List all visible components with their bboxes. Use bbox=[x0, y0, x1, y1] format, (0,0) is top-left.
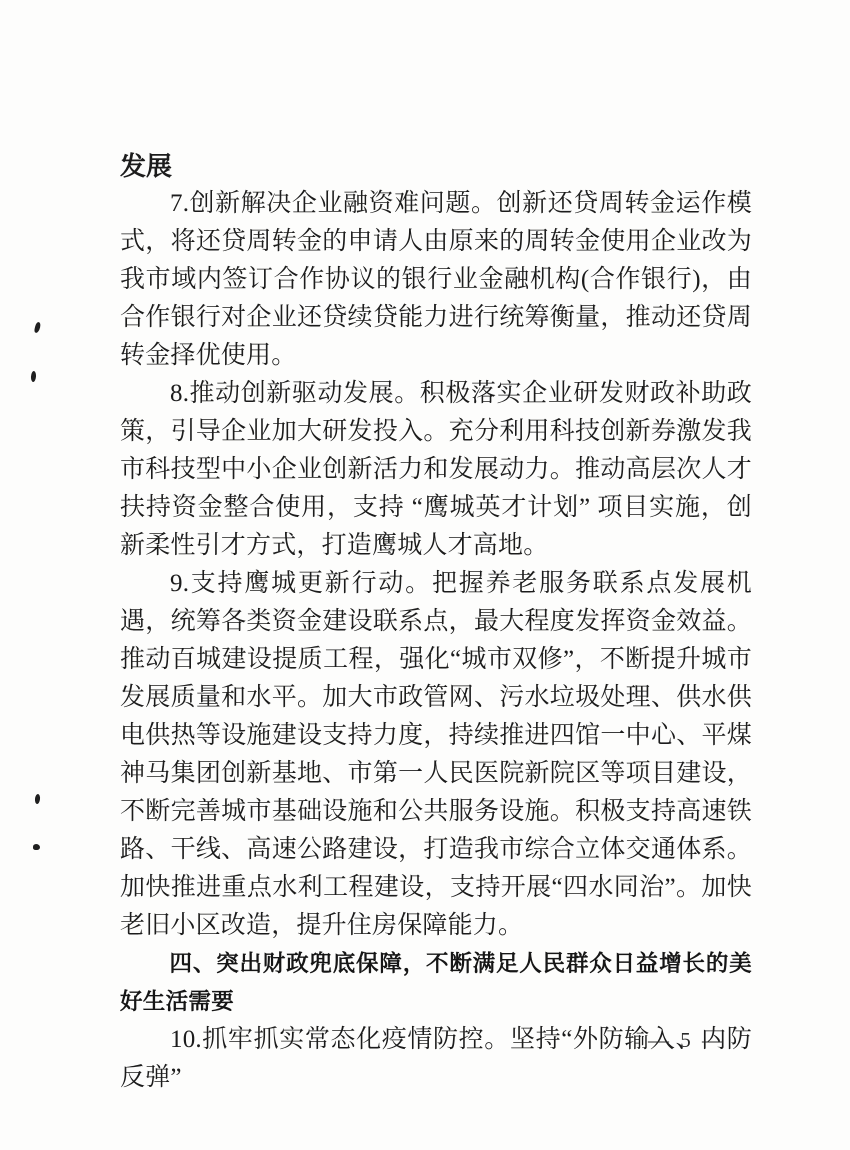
document-body: 发展 7.创新解决企业融资难问题。创新还贷周转金运作模式，将还贷周转金的申请人由… bbox=[120, 147, 752, 1097]
scanned-document-page: 发展 7.创新解决企业融资难问题。创新还贷周转金运作模式，将还贷周转金的申请人由… bbox=[0, 0, 850, 1150]
scan-speck bbox=[34, 794, 40, 804]
paragraph-7: 7.创新解决企业融资难问题。创新还贷周转金运作模式，将还贷周转金的申请人由原来的… bbox=[120, 185, 752, 375]
paragraph-9: 9.支持鹰城更新行动。把握养老服务联系点发展机遇，统筹各类资金建设联系点，最大程… bbox=[120, 565, 752, 945]
scan-speck bbox=[34, 322, 42, 334]
scan-speck bbox=[33, 844, 40, 850]
page-number: — 5 — bbox=[648, 1028, 726, 1053]
scan-speck bbox=[31, 371, 37, 382]
paragraph-8: 8.推动创新驱动发展。积极落实企业研发财政补助政策，引导企业加大研发投入。充分利… bbox=[120, 375, 752, 565]
section-heading-4: 四、突出财政兜底保障，不断满足人民群众日益增长的美好生活需要 bbox=[120, 945, 752, 1021]
section-heading-continuation: 发展 bbox=[120, 147, 752, 185]
